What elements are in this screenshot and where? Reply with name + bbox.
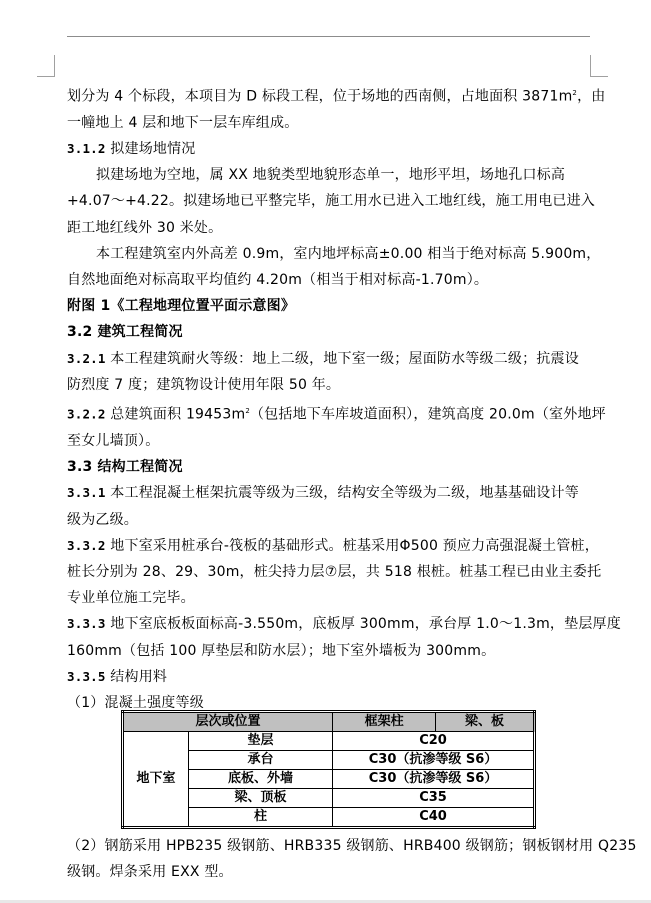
paragraph-line: 本工程建筑室内外高差 0.9m，室内地坪标高±0.00 相当于绝对标高 5.90… xyxy=(67,241,593,267)
figure-caption: 附图 1《工程地理位置平面示意图》 xyxy=(67,293,593,319)
heading-number: 3.3.2 xyxy=(67,538,106,553)
paragraph-3-3-1: 3.3.1 本工程混凝土框架抗震等级为三级，结构安全等级为二级，地基基础设计等 xyxy=(67,480,593,506)
table-cell: C30（抗渗等级 S6） xyxy=(333,770,535,789)
paragraph-line: 自然地面绝对标高取平均值约 4.20m（相当于相对标高-1.70m）。 xyxy=(67,267,593,293)
heading-text: 结构用料 xyxy=(106,669,167,685)
paragraph-line: 防烈度 7 度；建筑物设计使用年限 50 年。 xyxy=(67,372,593,398)
table-header-cell: 框架柱 xyxy=(333,712,436,732)
heading-number: 3.1.2 xyxy=(67,141,106,156)
paragraph-3-2-2: 3.2.2 总建筑面积 19453m2（包括地下车库坡道面积），建筑高度 20.… xyxy=(67,398,593,428)
concrete-grade-table: 层次或位置 框架柱 梁、板 地下室 垫层 C20 承台 C30（抗渗等级 S6）… xyxy=(121,710,536,829)
text: 总建筑面积 19453m xyxy=(106,407,246,423)
text: （包括地下车库坡道面积），建筑高度 20.0m（室外地坪 xyxy=(250,407,606,423)
heading-number: 3.2.2 xyxy=(67,407,106,422)
text: 本工程建筑耐火等级：地上二级，地下室一级；屋面防水等级二级；抗震设 xyxy=(106,351,579,367)
text: 划分为 4 个标段，本项目为 D 标段工程，位于场地的西南侧，占地面积 3871… xyxy=(67,89,572,105)
table-cell: 柱 xyxy=(188,808,332,828)
margin-corner-mark-left xyxy=(54,55,55,77)
table-cell: 梁、顶板 xyxy=(188,789,332,808)
heading-number: 3.2.1 xyxy=(67,351,106,366)
paragraph-line: +4.07～+4.22。拟建场地已平整完毕，施工用水已进入工地红线，施工用电已进… xyxy=(67,188,593,214)
paragraph-line: 一幢地上 4 层和地下一层车库组成。 xyxy=(67,110,593,136)
document-body: 划分为 4 个标段，本项目为 D 标段工程，位于场地的西南侧，占地面积 3871… xyxy=(67,80,593,716)
list-item-2: （2）钢筋采用 HPB235 级钢筋、HRB335 级钢筋、HRB400 级钢筋… xyxy=(67,833,627,859)
text: ，由 xyxy=(577,89,605,105)
heading-3-1-2: 3.1.2 拟建场地情况 xyxy=(67,136,593,162)
page-header-rule xyxy=(67,36,590,37)
document-body-after-table: （2）钢筋采用 HPB235 级钢筋、HRB335 级钢筋、HRB400 级钢筋… xyxy=(67,833,627,885)
heading-text: 拟建场地情况 xyxy=(106,141,196,157)
heading-3-3-5: 3.3.5 结构用料 xyxy=(67,664,593,690)
paragraph-line: 拟建场地为空地，属 XX 地貌类型地貌形态单一，地形平坦，场地孔口标高 xyxy=(67,162,593,188)
margin-corner-mark-left-h xyxy=(37,76,55,77)
paragraph-line: 专业单位施工完毕。 xyxy=(67,585,593,611)
paragraph-line: 级为乙级。 xyxy=(67,507,593,533)
paragraph-line: 160mm（包括 100 厚垫层和防水层）；地下室外墙板为 300mm。 xyxy=(67,638,593,664)
heading-3-2: 3.2 建筑工程简况 xyxy=(67,319,593,345)
table-cell: C30（抗渗等级 S6） xyxy=(333,751,535,770)
paragraph-line: 至女儿墙顶）。 xyxy=(67,428,593,454)
paragraph-3-2-1: 3.2.1 本工程建筑耐火等级：地上二级，地下室一级；屋面防水等级二级；抗震设 xyxy=(67,346,593,372)
paragraph-3-3-2: 3.3.2 地下室采用桩承台-筏板的基础形式。桩基采用Φ500 预应力高强混凝土… xyxy=(67,533,593,559)
paragraph-line: 划分为 4 个标段，本项目为 D 标段工程，位于场地的西南侧，占地面积 3871… xyxy=(67,80,593,110)
heading-number: 3.3.1 xyxy=(67,485,106,500)
heading-3-3: 3.3 结构工程简况 xyxy=(67,454,593,480)
table-header-cell: 梁、板 xyxy=(436,712,535,732)
text: 地下室采用桩承台-筏板的基础形式。桩基采用Φ500 预应力高强混凝土管桩， xyxy=(106,538,599,554)
text: 地下室底板板面标高-3.550m，底板厚 300mm，承台厚 1.0～1.3m，… xyxy=(106,616,621,632)
table-cell: C40 xyxy=(333,808,535,828)
table-header-row: 层次或位置 框架柱 梁、板 xyxy=(123,712,535,732)
table-cell: 承台 xyxy=(188,751,332,770)
table-row: 地下室 垫层 C20 xyxy=(123,732,535,751)
table-group-cell: 地下室 xyxy=(123,732,189,828)
paragraph-3-3-3: 3.3.3 地下室底板板面标高-3.550m，底板厚 300mm，承台厚 1.0… xyxy=(67,611,593,637)
table-cell: 底板、外墙 xyxy=(188,770,332,789)
paragraph-line: 级钢。焊条采用 EXX 型。 xyxy=(67,859,627,885)
table-cell: C20 xyxy=(333,732,535,751)
paragraph-line: 距工地红线外 30 米处。 xyxy=(67,215,593,241)
table-header-cell: 层次或位置 xyxy=(123,712,333,732)
table-cell: C35 xyxy=(333,789,535,808)
text: 本工程混凝土框架抗震等级为三级，结构安全等级为二级，地基基础设计等 xyxy=(106,485,579,501)
heading-number: 3.3.5 xyxy=(67,669,106,684)
heading-number: 3.3.3 xyxy=(67,616,106,631)
margin-corner-mark-right xyxy=(590,55,591,77)
paragraph-line: 桩长分别为 28、29、30m，桩尖持力层⑦层，共 518 根桩。桩基工程已由业… xyxy=(67,559,593,585)
margin-corner-mark-right-h xyxy=(590,76,608,77)
table-cell: 垫层 xyxy=(188,732,332,751)
